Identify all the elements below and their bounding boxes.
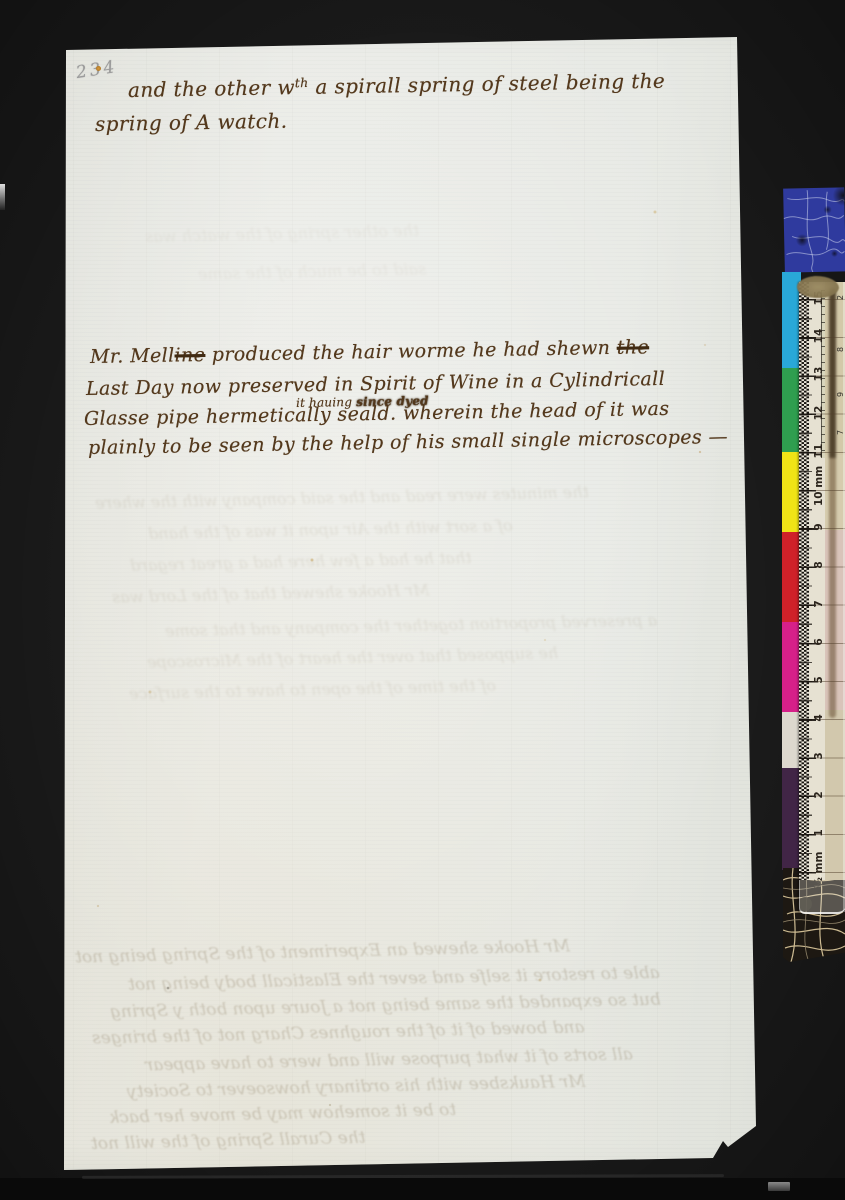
struck-word: ine — [174, 344, 205, 367]
ghost-line: the minutes were read and the said compa… — [95, 482, 589, 512]
ghost-line: said to be much of the same — [198, 259, 427, 283]
ruler-label: 14 — [813, 319, 825, 353]
tape-residue — [797, 276, 839, 298]
entry-line-1: Mr. Melline produced the hair worme he h… — [90, 336, 649, 368]
ruler-label: 13 — [813, 357, 825, 391]
ghost-line: Mr Hooke shewed that of the Lord was — [112, 580, 430, 606]
patch-smudges — [783, 187, 845, 272]
ghost-line: able to restore it selfe and sever the E… — [128, 963, 660, 995]
manuscript-page: 234 the other spring of the watch wassai… — [0, 0, 845, 1200]
ghost-line: all sorts of it what purpose will and we… — [145, 1044, 633, 1075]
calibration-patch-blue — [783, 187, 845, 272]
entry-line-3: Glasse pipe hermetically seald. wherein … — [84, 398, 670, 430]
ghost-line: Mr Hauksbee with his ordinary howsoever … — [127, 1072, 586, 1102]
ruler-label: 12 — [813, 396, 825, 430]
ruler-label: 8 — [813, 548, 825, 582]
ruler-clear-end — [799, 880, 845, 914]
superscript-th: th — [295, 75, 309, 90]
ghost-line: and bowed of it of the roughnes Charg no… — [92, 1017, 585, 1048]
measuring-ruler: 151413121110 mm987654321½ mm 2897 — [799, 282, 845, 912]
fox-dot — [96, 66, 101, 71]
ruler-label: 10 mm — [813, 472, 825, 506]
heading-line-1: and the other wth a spirall spring of st… — [128, 69, 666, 102]
ghost-line: of a sort with the Air upon it was of th… — [148, 516, 513, 543]
ghost-line: the other spring of the watch was — [145, 221, 419, 246]
ruler-label: 3 — [813, 739, 825, 773]
ghost-line: of the time of the open to have to the s… — [129, 676, 496, 703]
ruler-label: 4 — [813, 701, 825, 735]
ghost-line: Mr Hooke shewed an Experiment of the Spr… — [75, 936, 570, 967]
entry-line-4: plainly to be seen by the help of his sm… — [88, 426, 728, 459]
ruler-label: 5 — [813, 663, 825, 697]
ruler-label: 9 — [813, 510, 825, 544]
ruler-label: 11 — [813, 434, 825, 468]
metal-clip — [768, 1182, 790, 1191]
ruler-label: 7 — [813, 587, 825, 621]
ghost-line: a preserved proportion together the comp… — [165, 610, 657, 640]
ghost-line: that he had a few here had a great regar… — [130, 548, 472, 575]
ghost-line: to be it somehow may be move her back — [109, 1100, 457, 1128]
ruler-label: 1 — [813, 816, 825, 850]
heading-line-2: spring of A watch. — [95, 109, 288, 136]
ghost-line: he supposed that over the heart of the M… — [147, 643, 558, 671]
ruler-label: 6 — [813, 625, 825, 659]
archival-scan: 234 the other spring of the watch wassai… — [0, 0, 845, 1200]
table-edge-band — [0, 1178, 845, 1200]
edge-glint — [0, 184, 5, 210]
ghost-line: the Curall Spring of the will not — [91, 1128, 366, 1154]
struck-word: the — [617, 336, 650, 359]
ruler-label: 2 — [813, 778, 825, 812]
